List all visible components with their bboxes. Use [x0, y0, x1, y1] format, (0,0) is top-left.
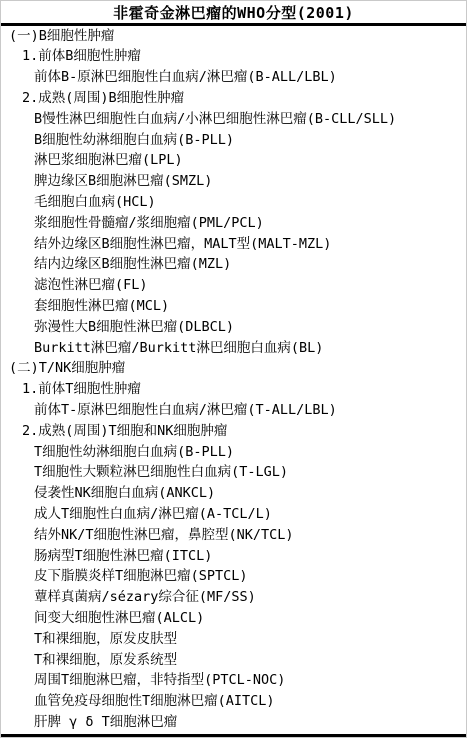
classification-row: 2.成熟(周围)B细胞性肿瘤: [1, 88, 466, 109]
classification-row: 1.前体B细胞性肿瘤: [1, 47, 466, 68]
classification-row: 滤泡性淋巴瘤(FL): [1, 276, 466, 297]
classification-row: 2.成熟(周围)T细胞和NK细胞肿瘤: [1, 421, 466, 442]
classification-rows: (一)B细胞性肿瘤1.前体B细胞性肿瘤前体B-原淋巴细胞性白血病/淋巴瘤(B-A…: [1, 26, 466, 733]
classification-row: 结内边缘区B细胞性淋巴瘤(MZL): [1, 255, 466, 276]
classification-row: 套细胞性淋巴瘤(MCL): [1, 296, 466, 317]
classification-row: 蕈样真菌病/sézary综合征(MF/SS): [1, 588, 466, 609]
classification-row: 间变大细胞性淋巴瘤(ALCL): [1, 608, 466, 629]
classification-row: 毛细胞白血病(HCL): [1, 192, 466, 213]
classification-row: T细胞性幼淋细胞白血病(B-PLL): [1, 442, 466, 463]
classification-row: (一)B细胞性肿瘤: [1, 26, 466, 47]
classification-row: 前体T-原淋巴细胞性白血病/淋巴瘤(T-ALL/LBL): [1, 400, 466, 421]
classification-row: 肝脾 γ δ T细胞淋巴瘤: [1, 712, 466, 733]
classification-row: 1.前体T细胞性肿瘤: [1, 380, 466, 401]
classification-row: T和裸细胞，原发皮肤型: [1, 629, 466, 650]
classification-row: (二)T/NK细胞肿瘤: [1, 359, 466, 380]
who-classification-table: 非霍奇金淋巴瘤的WHO分型(2001) (一)B细胞性肿瘤1.前体B细胞性肿瘤前…: [0, 0, 467, 738]
classification-row: 肠病型T细胞性淋巴瘤(ITCL): [1, 546, 466, 567]
bottom-rule: [1, 734, 466, 737]
classification-row: 结外边缘区B细胞性淋巴瘤，MALT型(MALT-MZL): [1, 234, 466, 255]
classification-row: 浆细胞性骨髓瘤/浆细胞瘤(PML/PCL): [1, 213, 466, 234]
classification-row: 成人T细胞性白血病/淋巴瘤(A-TCL/L): [1, 504, 466, 525]
classification-row: T和裸细胞，原发系统型: [1, 650, 466, 671]
classification-row: 侵袭性NK细胞白血病(ANKCL): [1, 484, 466, 505]
classification-row: 皮下脂膜炎样T细胞淋巴瘤(SPTCL): [1, 567, 466, 588]
table-header: 非霍奇金淋巴瘤的WHO分型(2001): [1, 1, 466, 26]
classification-row: 结外NK/T细胞性淋巴瘤，鼻腔型(NK/TCL): [1, 525, 466, 546]
classification-row: 前体B-原淋巴细胞性白血病/淋巴瘤(B-ALL/LBL): [1, 68, 466, 89]
classification-row: 弥漫性大B细胞性淋巴瘤(DLBCL): [1, 317, 466, 338]
classification-row: 脾边缘区B细胞淋巴瘤(SMZL): [1, 172, 466, 193]
classification-row: B细胞性幼淋细胞白血病(B-PLL): [1, 130, 466, 151]
page-title: 非霍奇金淋巴瘤的WHO分型(2001): [113, 2, 354, 23]
classification-row: T细胞性大颗粒淋巴细胞性白血病(T-LGL): [1, 463, 466, 484]
classification-row: 淋巴浆细胞淋巴瘤(LPL): [1, 151, 466, 172]
classification-row: Burkitt淋巴瘤/Burkitt淋巴细胞白血病(BL): [1, 338, 466, 359]
classification-row: 血管免疫母细胞性T细胞淋巴瘤(AITCL): [1, 692, 466, 713]
classification-row: B慢性淋巴细胞性白血病/小淋巴细胞性淋巴瘤(B-CLL/SLL): [1, 109, 466, 130]
classification-row: 周围T细胞淋巴瘤，非特指型(PTCL-NOC): [1, 671, 466, 692]
